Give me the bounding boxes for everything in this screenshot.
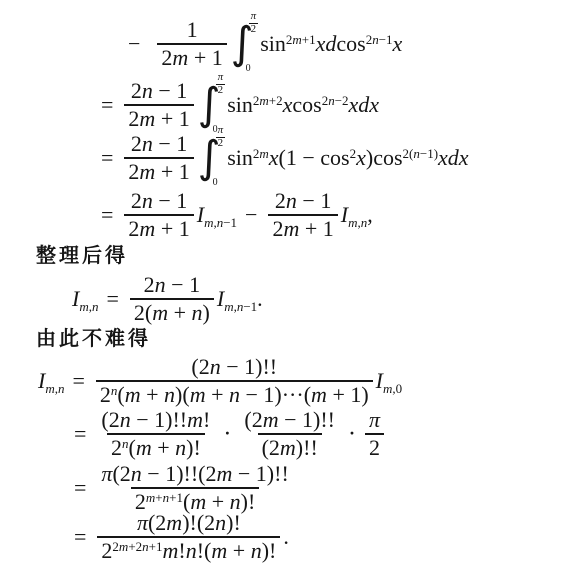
integral: ∫ π 2 0 (231, 16, 258, 72)
fraction-denominator: 2m + 1 (268, 214, 337, 242)
integral-limits: π 2 0 (216, 130, 226, 186)
fraction-numerator: 2n − 1 (271, 188, 335, 214)
fraction-denominator: 2n(m + n)! (107, 433, 205, 461)
equation-line-3: = 2n − 1 2m + 1 ∫ π 2 0 sin2mx(1 − cos2x… (101, 130, 469, 186)
fraction-numerator: 2n − 1 (127, 78, 191, 104)
multiplication-dot: · (349, 423, 355, 444)
integrand: sin2mx(1 − cos2x)cos2(n−1)xdx (227, 145, 468, 171)
term-I: Im,n, (341, 202, 373, 228)
equals-sign: = (101, 202, 113, 228)
sin-function: sin (227, 92, 253, 117)
upper-limit: π 2 (216, 125, 226, 149)
fraction-denominator: 2m + 1 (124, 104, 193, 132)
term-I: Im,0 (376, 368, 402, 394)
equals-sign: = (106, 286, 118, 312)
cos-function: cos (292, 92, 321, 117)
fraction: 2n − 1 2m + 1 (124, 131, 193, 185)
fraction-numerator: π (365, 407, 384, 433)
upper-limit: π 2 (249, 11, 259, 35)
equation-line-11: = π(2m)!(2n)! 22m+2n+1m!n!(m + n)! . (74, 510, 289, 563)
sin-function: sin (260, 31, 286, 56)
text-rearrange-label: 整理后得 (36, 239, 128, 268)
fraction-numerator: π(2n − 1)!!(2m − 1)!! (97, 461, 292, 487)
fraction: 2n − 1 2m + 1 (124, 78, 193, 132)
integrand: sin2m+1xdcos2n−1x (260, 31, 402, 57)
equation-line-4: = 2n − 1 2m + 1 Im,n−1 − 2n − 1 2m + 1 I… (101, 188, 373, 242)
term-I: Im,n (72, 286, 98, 312)
fraction-numerator: 1 (183, 17, 202, 43)
equation-line-9: = (2n − 1)!!m! 2n(m + n)! · (2m − 1)!! (… (74, 407, 387, 461)
equals-sign: = (74, 524, 86, 550)
fraction-numerator: (2n − 1)!! (187, 354, 281, 380)
sin-function: sin (227, 145, 253, 170)
fraction-denominator: (2m)!! (258, 433, 322, 461)
fraction-numerator: 2n − 1 (127, 131, 191, 157)
fraction-denominator: 2 (365, 433, 384, 461)
integral: ∫ π 2 0 (198, 130, 225, 186)
fraction: (2n − 1)!!m! 2n(m + n)! (97, 407, 214, 461)
fraction: 2n − 1 2(m + n) (130, 272, 214, 326)
term-I: Im,n (38, 368, 64, 394)
fraction: π(2m)!(2n)! 22m+2n+1m!n!(m + n)! (97, 510, 280, 563)
cos-function: cos (373, 145, 402, 170)
equation-line-6: Im,n = 2n − 1 2(m + n) Im,n−1. (72, 272, 263, 326)
fraction-numerator: 2n − 1 (140, 272, 204, 298)
term-I: Im,n−1. (217, 286, 263, 312)
equals-sign: = (72, 368, 84, 394)
fraction-denominator: 2m + 1 (124, 214, 193, 242)
equals-sign: = (74, 421, 86, 447)
period: . (283, 524, 289, 550)
integrand: sin2m+2xcos2n−2xdx (227, 92, 379, 118)
fraction: (2m − 1)!! (2m)!! (240, 407, 339, 461)
term-I: Im,n−1 (197, 202, 237, 228)
fraction-denominator: 2n(m + n)(m + n − 1)···(m + 1) (96, 380, 373, 408)
cos-function: cos (336, 31, 365, 56)
multiplication-dot: · (224, 423, 230, 444)
fraction-numerator: (2n − 1)!!m! (97, 407, 214, 433)
fraction: 1 2m + 1 (157, 17, 226, 71)
fraction-denominator: 2m + 1 (124, 157, 193, 185)
equation-line-10: = π(2n − 1)!!(2m − 1)!! 2m+n+1(m + n)! (74, 461, 296, 515)
cos-function: cos (320, 145, 349, 170)
fraction: (2n − 1)!! 2n(m + n)(m + n − 1)···(m + 1… (96, 354, 373, 408)
fraction-numerator: 2n − 1 (127, 188, 191, 214)
equals-sign: = (74, 475, 86, 501)
text-derive-label: 由此不难得 (36, 322, 151, 351)
equals-sign: = (101, 145, 113, 171)
fraction-denominator: 22m+2n+1m!n!(m + n)! (97, 536, 280, 563)
fraction: 2n − 1 2m + 1 (124, 188, 193, 242)
lower-limit: 0 (246, 63, 251, 74)
equals-sign: = (101, 92, 113, 118)
lower-limit: 0 (213, 177, 218, 188)
upper-limit: π 2 (216, 72, 226, 96)
fraction: π(2n − 1)!!(2m − 1)!! 2m+n+1(m + n)! (97, 461, 292, 515)
fraction: π 2 (365, 407, 384, 461)
equation-line-1: − 1 2m + 1 ∫ π 2 0 sin2m+1xdcos2n−1x (128, 16, 402, 72)
fraction-numerator: π(2m)!(2n)! (133, 510, 245, 536)
fraction: 2n − 1 2m + 1 (268, 188, 337, 242)
minus-sign: − (245, 202, 257, 228)
fraction-denominator: 2m + 1 (157, 43, 226, 71)
integral-limits: π 2 0 (249, 16, 259, 72)
scanned-textbook-page: − 1 2m + 1 ∫ π 2 0 sin2m+1xdcos2n−1x = 2… (0, 0, 572, 563)
equation-line-2: = 2n − 1 2m + 1 ∫ π 2 0 sin2m+2xcos2n−2x… (101, 77, 379, 133)
fraction-numerator: (2m − 1)!! (240, 407, 339, 433)
equation-line-8: Im,n = (2n − 1)!! 2n(m + n)(m + n − 1)··… (38, 354, 402, 408)
minus-sign: − (128, 31, 140, 57)
